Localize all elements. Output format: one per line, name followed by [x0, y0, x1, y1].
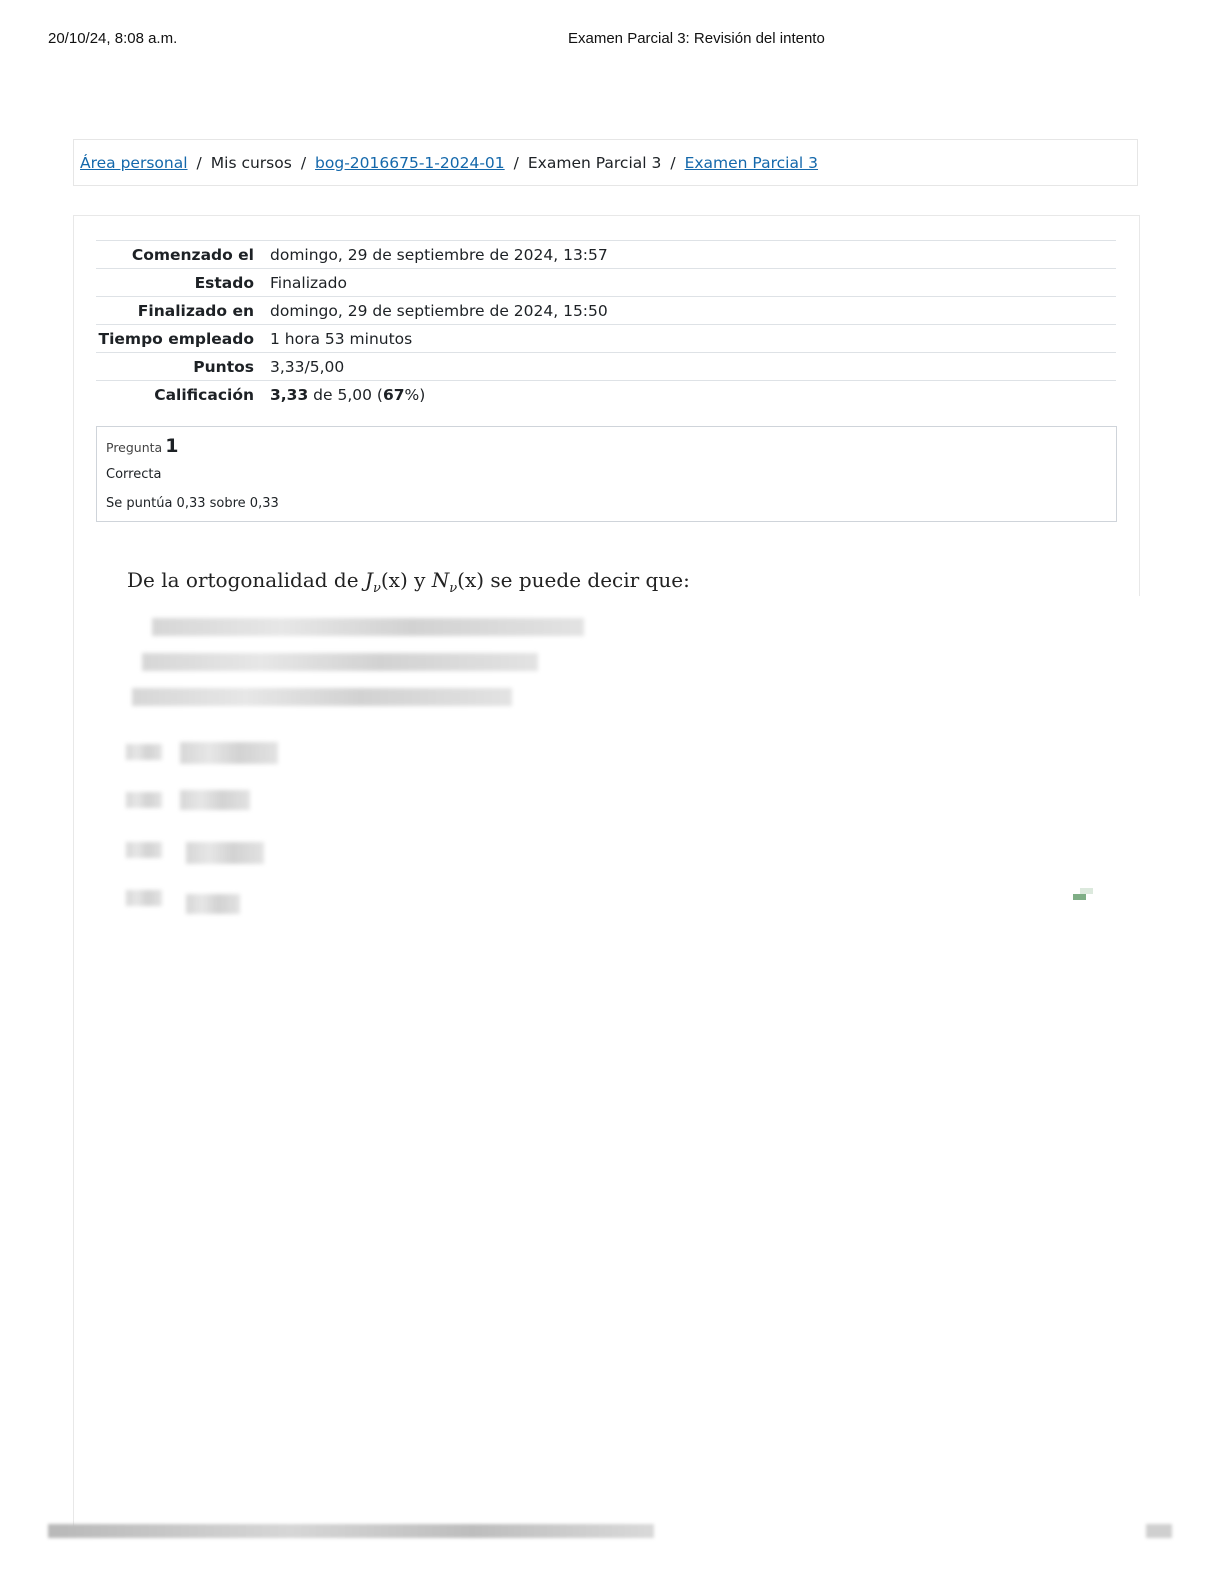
redacted-option-label: [186, 842, 264, 864]
summary-value: 3,33 de 5,00 (67%): [270, 381, 1116, 409]
redacted-content-area: [76, 596, 1140, 1536]
breadcrumb-separator: /: [197, 154, 202, 172]
breadcrumb: Área personal / Mis cursos / bog-2016675…: [73, 139, 1138, 186]
redacted-option-label: [186, 894, 240, 914]
question-text-part: se puede decir que:: [484, 568, 690, 592]
question-grade: Se puntúa 0,33 sobre 0,33: [106, 496, 279, 511]
question-number-value: 1: [165, 435, 178, 457]
summary-value: domingo, 29 de septiembre de 2024, 15:50: [270, 297, 1116, 325]
print-title: Examen Parcial 3: Revisión del intento: [568, 30, 825, 47]
question-info-box: Pregunta1 Correcta Se puntúa 0,33 sobre …: [96, 426, 1117, 522]
question-state: Correcta: [106, 467, 161, 482]
redacted-statement: [152, 618, 584, 636]
redacted-statement: [142, 653, 538, 671]
breadcrumb-course[interactable]: bog-2016675-1-2024-01: [315, 154, 505, 172]
redacted-option-label: [180, 742, 278, 764]
grade-score: 3,33: [270, 386, 308, 404]
summary-row-grade: Calificación 3,33 de 5,00 (67%): [96, 381, 1116, 409]
footer-page-number-redacted: [1146, 1524, 1172, 1538]
breadcrumb-separator: /: [514, 154, 519, 172]
subscript-nu: ν: [449, 581, 457, 596]
summary-row-time: Tiempo empleado 1 hora 53 minutos: [96, 325, 1116, 353]
bessel-n: N: [432, 568, 450, 592]
question-prefix: Pregunta: [106, 440, 162, 455]
summary-label: Estado: [96, 269, 270, 297]
breadcrumb-quiz[interactable]: Examen Parcial 3: [685, 154, 818, 172]
summary-row-state: Estado Finalizado: [96, 269, 1116, 297]
question-text: De la ortogonalidad de Jν(x) y Nν(x) se …: [127, 568, 690, 596]
func-arg: (x): [381, 568, 408, 592]
correct-check-icon: [1073, 888, 1093, 900]
grade-text: de 5,00 (: [308, 386, 383, 404]
bessel-j: J: [365, 568, 373, 592]
subscript-nu: ν: [373, 581, 381, 596]
breadcrumb-separator: /: [670, 154, 675, 172]
radio-button[interactable]: [126, 890, 162, 906]
print-date: 20/10/24, 8:08 a.m.: [48, 30, 177, 47]
summary-row-started: Comenzado el domingo, 29 de septiembre d…: [96, 241, 1116, 269]
question-number: Pregunta1: [106, 435, 178, 457]
breadcrumb-mis-cursos: Mis cursos: [211, 154, 292, 172]
func-arg: (x): [457, 568, 484, 592]
redacted-option-label: [180, 790, 250, 810]
breadcrumb-separator: /: [301, 154, 306, 172]
breadcrumb-area-personal[interactable]: Área personal: [80, 154, 188, 172]
grade-text: %): [405, 386, 426, 404]
footer-url-redacted: [48, 1524, 654, 1538]
redacted-statement: [132, 688, 512, 706]
summary-label: Tiempo empleado: [96, 325, 270, 353]
question-text-part: De la ortogonalidad de: [127, 568, 365, 592]
summary-label: Comenzado el: [96, 241, 270, 269]
summary-value: Finalizado: [270, 269, 1116, 297]
summary-row-finished: Finalizado en domingo, 29 de septiembre …: [96, 297, 1116, 325]
print-header: 20/10/24, 8:08 a.m. Examen Parcial 3: Re…: [0, 30, 1224, 50]
breadcrumb-section: Examen Parcial 3: [528, 154, 661, 172]
summary-label: Calificación: [96, 381, 270, 409]
radio-button[interactable]: [126, 792, 162, 808]
summary-row-points: Puntos 3,33/5,00: [96, 353, 1116, 381]
attempt-summary-table: Comenzado el domingo, 29 de septiembre d…: [96, 240, 1116, 408]
summary-label: Finalizado en: [96, 297, 270, 325]
question-text-part: y: [408, 568, 432, 592]
radio-button[interactable]: [126, 842, 162, 858]
summary-label: Puntos: [96, 353, 270, 381]
grade-percent: 67: [383, 386, 405, 404]
radio-button[interactable]: [126, 744, 162, 760]
summary-value: 1 hora 53 minutos: [270, 325, 1116, 353]
summary-value: 3,33/5,00: [270, 353, 1116, 381]
summary-value: domingo, 29 de septiembre de 2024, 13:57: [270, 241, 1116, 269]
